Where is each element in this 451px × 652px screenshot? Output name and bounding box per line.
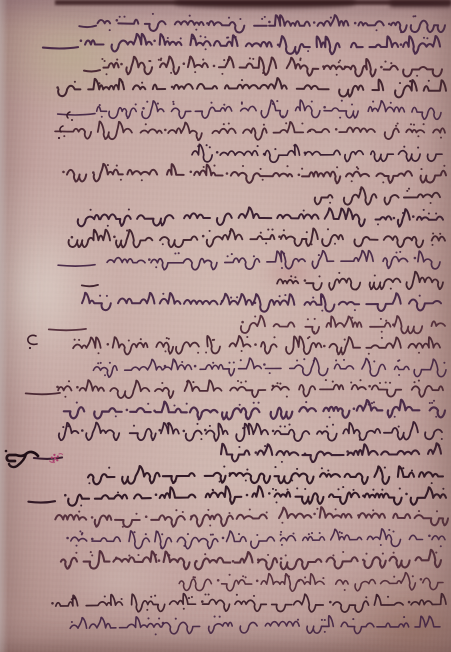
diacritic-dot	[192, 38, 194, 40]
diacritic-dot	[312, 297, 314, 299]
diacritic-dot	[104, 60, 106, 62]
diacritic-dot	[286, 488, 288, 490]
diacritic-dot	[192, 381, 194, 383]
diacritic-dot	[226, 172, 229, 175]
diacritic-dot	[374, 274, 376, 276]
diacritic-dot	[359, 439, 361, 441]
diacritic-dot	[353, 407, 356, 410]
diacritic-dot	[423, 37, 425, 39]
diacritic-dot	[388, 23, 391, 26]
diacritic-dot	[199, 418, 201, 420]
diacritic-dot	[209, 146, 211, 148]
diacritic-dot	[228, 59, 230, 61]
diacritic-dot	[116, 19, 119, 22]
diacritic-dot	[91, 538, 94, 541]
diacritic-dot	[381, 331, 383, 333]
diacritic-dot	[223, 466, 225, 468]
text-line-1	[79, 13, 445, 33]
diacritic-dot	[160, 58, 162, 60]
diacritic-dot	[398, 426, 400, 428]
diacritic-dot	[389, 382, 391, 384]
diacritic-dot	[395, 125, 397, 127]
diacritic-dot	[296, 468, 298, 470]
diacritic-dot	[167, 423, 169, 425]
diacritic-dot	[221, 300, 224, 303]
text-line-2	[43, 34, 440, 54]
handwriting-stroke	[58, 100, 441, 119]
diacritic-dot	[352, 618, 354, 620]
diacritic-dot	[213, 165, 215, 167]
diacritic-dot	[379, 382, 381, 384]
diacritic-dot	[71, 621, 73, 623]
handwriting-stroke	[93, 358, 446, 377]
diacritic-dot	[352, 489, 354, 491]
diacritic-dot	[309, 129, 312, 132]
diacritic-dot	[116, 165, 118, 167]
diacritic-dot	[239, 18, 241, 20]
diacritic-dot	[339, 117, 341, 119]
diacritic-dot	[252, 58, 254, 60]
diacritic-dot	[313, 513, 316, 516]
diacritic-dot	[204, 553, 206, 555]
diacritic-dot	[406, 190, 408, 192]
diacritic-dot	[229, 574, 231, 576]
diacritic-dot	[342, 486, 344, 488]
diacritic-dot	[423, 123, 425, 125]
diacritic-dot	[195, 29, 197, 31]
diacritic-dot	[79, 530, 81, 532]
diacritic-dot	[140, 338, 142, 340]
handwriting-stroke	[179, 573, 443, 592]
manuscript-photo	[0, 0, 451, 652]
diacritic-dot	[68, 565, 70, 567]
diacritic-dot	[388, 529, 390, 531]
diacritic-dot	[108, 467, 110, 469]
margin-letter-mark	[28, 335, 37, 349]
diacritic-dot	[327, 228, 329, 230]
text-line-23	[28, 486, 446, 506]
diacritic-dot	[75, 552, 77, 554]
diacritic-dot	[321, 310, 323, 312]
diacritic-dot	[380, 66, 383, 69]
diacritic-dot	[161, 533, 163, 535]
diacritic-dot	[311, 243, 313, 245]
diacritic-dot	[231, 253, 233, 255]
diacritic-dot	[214, 616, 216, 618]
diacritic-dot	[385, 381, 387, 383]
diacritic-dot	[107, 343, 110, 346]
diacritic-dot	[412, 15, 414, 17]
diacritic-dot	[419, 295, 421, 297]
diacritic-dot	[279, 16, 281, 18]
diacritic-dot	[344, 589, 346, 591]
text-line-18	[26, 379, 443, 398]
diacritic-dot	[73, 597, 75, 599]
diacritic-dot	[223, 123, 225, 125]
diacritic-dot	[99, 295, 101, 297]
diacritic-dot	[148, 258, 151, 261]
diacritic-dot	[162, 293, 164, 295]
diacritic-dot	[387, 596, 389, 598]
handwriting-stroke	[78, 207, 443, 226]
diacritic-dot	[141, 179, 143, 181]
diacritic-dot	[304, 453, 307, 456]
diacritic-dot	[263, 124, 265, 126]
diacritic-dot	[175, 509, 177, 511]
diacritic-dot	[298, 174, 301, 177]
diacritic-dot	[183, 608, 185, 610]
diacritic-dot	[307, 50, 309, 52]
diacritic-dot	[368, 404, 370, 406]
diacritic-dot	[246, 336, 248, 338]
diacritic-dot	[158, 617, 160, 619]
diacritic-dot	[304, 279, 307, 282]
diacritic-dot	[188, 59, 190, 61]
diacritic-dot	[98, 352, 100, 354]
diacritic-dot	[162, 622, 165, 625]
diacritic-dot	[368, 385, 371, 388]
diacritic-dot	[209, 230, 211, 232]
diacritic-dot	[56, 86, 59, 89]
diacritic-dot	[158, 59, 160, 61]
diacritic-dot	[92, 171, 95, 174]
diacritic-dot	[242, 165, 244, 167]
diacritic-dot	[276, 382, 278, 384]
diacritic-dot	[280, 557, 283, 560]
diacritic-dot	[332, 381, 334, 383]
diacritic-dot	[109, 29, 111, 31]
diacritic-dot	[291, 480, 293, 482]
diacritic-dot	[279, 425, 281, 427]
diacritic-dot	[372, 489, 374, 491]
diacritic-dot	[305, 401, 307, 403]
diacritic-dot	[346, 450, 349, 453]
diacritic-dot	[443, 362, 445, 364]
diacritic-dot	[285, 122, 287, 124]
diacritic-dot	[280, 38, 282, 40]
diacritic-dot	[429, 402, 431, 404]
diacritic-dot	[246, 469, 248, 471]
diacritic-dot	[210, 102, 212, 104]
diacritic-dot	[280, 534, 282, 536]
diacritic-dot	[78, 511, 80, 513]
diacritic-dot	[201, 600, 204, 603]
diacritic-dot	[440, 545, 442, 547]
diacritic-dot	[400, 31, 402, 33]
diacritic-dot	[256, 295, 258, 297]
diacritic-dot	[390, 62, 392, 64]
handwriting-stroke	[315, 187, 440, 205]
text-line-28	[51, 593, 446, 612]
diacritic-dot	[107, 225, 109, 227]
diacritic-dot	[155, 266, 157, 268]
diacritic-dot	[281, 522, 283, 524]
diacritic-dot	[164, 129, 167, 132]
diacritic-dot	[212, 362, 214, 364]
diacritic-dot	[180, 37, 182, 39]
diacritic-dot	[428, 212, 430, 214]
diacritic-dot	[104, 595, 106, 597]
diacritic-dot	[241, 321, 244, 324]
diacritic-dot	[253, 255, 255, 257]
diacritic-dot	[443, 165, 445, 167]
diacritic-dot	[399, 82, 401, 84]
diacritic-dot	[418, 352, 420, 354]
diacritic-dot	[335, 359, 337, 361]
diacritic-dot	[303, 358, 305, 360]
diacritic-dot	[279, 295, 281, 297]
diacritic-dot	[168, 338, 170, 340]
diacritic-dot	[256, 534, 258, 536]
diacritic-dot	[206, 22, 209, 25]
text-line-16	[73, 336, 440, 355]
diacritic-dot	[263, 363, 266, 366]
diacritic-dot	[135, 103, 137, 105]
diacritic-dot	[373, 401, 375, 403]
diacritic-dot	[286, 396, 288, 398]
diacritic-dot	[126, 409, 129, 412]
diacritic-dot	[412, 215, 415, 218]
diacritic-dot	[397, 122, 399, 124]
diacritic-dot	[257, 145, 259, 147]
diacritic-dot	[145, 123, 147, 125]
diacritic-dot	[254, 343, 257, 346]
diacritic-dot	[91, 554, 93, 556]
text-line-26	[61, 550, 441, 570]
diacritic-dot	[126, 230, 128, 232]
diacritic-dot	[222, 537, 225, 540]
diacritic-dot	[242, 575, 244, 577]
diacritic-dot	[64, 396, 66, 398]
diacritic-dot	[341, 100, 343, 102]
diacritic-dot	[266, 445, 268, 447]
diacritic-dot	[335, 508, 337, 510]
diacritic-dot	[381, 489, 383, 491]
diacritic-dot	[319, 532, 321, 534]
diacritic-dot	[435, 212, 437, 214]
diacritic-dot	[432, 232, 434, 234]
diacritic-dot	[133, 531, 135, 533]
diacritic-dot	[116, 439, 118, 441]
diacritic-dot	[282, 115, 284, 117]
diacritic-dot	[377, 223, 379, 225]
diacritic-dot	[428, 80, 430, 82]
diacritic-dot	[62, 171, 65, 174]
diacritic-dot	[80, 505, 82, 507]
diacritic-dot	[283, 252, 285, 254]
diacritic-dot	[237, 380, 239, 382]
diacritic-dot	[228, 122, 230, 124]
diacritic-dot	[245, 480, 247, 482]
diacritic-dot	[216, 151, 219, 154]
diacritic-dot	[431, 482, 433, 484]
diacritic-dot	[341, 532, 343, 534]
diacritic-dot	[376, 595, 378, 597]
diacritic-dot	[196, 423, 198, 425]
diacritic-dot	[284, 575, 286, 577]
diacritic-dot	[212, 489, 214, 491]
diacritic-dot	[178, 252, 180, 254]
diacritic-dot	[326, 38, 328, 40]
diacritic-dot	[301, 122, 303, 124]
diacritic-dot	[101, 116, 103, 118]
handwriting-stroke	[58, 78, 446, 97]
diacritic-dot	[238, 533, 240, 535]
diacritic-dot	[435, 552, 437, 554]
diacritic-dot	[278, 235, 281, 238]
diacritic-dot	[183, 62, 186, 65]
diacritic-dot	[417, 147, 419, 149]
diacritic-dot	[256, 580, 259, 583]
diacritic-dot	[376, 29, 378, 31]
diacritic-dot	[356, 166, 358, 168]
diacritic-dot	[286, 165, 288, 167]
diacritic-dot	[393, 552, 395, 554]
diacritic-dot	[182, 511, 184, 513]
diacritic-dot	[202, 59, 204, 61]
diacritic-dot	[90, 209, 92, 211]
handwriting-stroke	[58, 251, 440, 270]
diacritic-dot	[430, 202, 432, 204]
diacritic-dot	[246, 494, 249, 497]
diacritic-dot	[157, 103, 159, 105]
diacritic-dot	[128, 339, 130, 341]
text-line-21	[34, 443, 441, 463]
diacritic-dot	[360, 245, 362, 247]
diacritic-dot	[146, 101, 148, 103]
diacritic-dot	[335, 128, 338, 131]
diacritic-dot	[297, 619, 299, 621]
diacritic-dot	[394, 416, 396, 418]
diacritic-dot	[277, 44, 280, 47]
diacritic-dot	[395, 251, 397, 253]
diacritic-dot	[174, 252, 176, 254]
diacritic-dot	[99, 551, 101, 553]
diacritic-dot	[91, 516, 94, 519]
diacritic-dot	[439, 233, 441, 235]
handwriting-stroke	[68, 228, 445, 247]
diacritic-dot	[258, 60, 260, 62]
diacritic-dot	[155, 633, 157, 635]
diacritic-dot	[162, 36, 164, 38]
diacritic-dot	[323, 345, 326, 348]
diacritic-dot	[390, 102, 392, 104]
diacritic-dot	[408, 601, 411, 604]
diacritic-dot	[308, 336, 310, 338]
diacritic-dot	[441, 438, 443, 440]
diacritic-dot	[329, 416, 331, 418]
diacritic-dot	[368, 361, 370, 363]
handwriting-stroke	[71, 529, 445, 549]
diacritic-dot	[403, 146, 405, 148]
diacritic-dot	[197, 145, 199, 147]
diacritic-dot	[229, 472, 232, 475]
diacritic-dot	[351, 103, 353, 105]
diacritic-dot	[433, 400, 435, 402]
diacritic-dot	[162, 243, 164, 245]
diacritic-dot	[99, 104, 101, 106]
diacritic-dot	[81, 533, 83, 535]
diacritic-dot	[329, 202, 331, 204]
diacritic-dot	[74, 339, 76, 341]
text-line-20	[59, 422, 443, 441]
diacritic-dot	[307, 318, 309, 320]
diacritic-dot	[123, 16, 125, 18]
diacritic-dot	[437, 444, 439, 446]
diacritic-dot	[181, 361, 183, 363]
diacritic-dot	[115, 415, 117, 417]
diacritic-dot	[226, 37, 228, 39]
diacritic-dot	[230, 297, 232, 299]
diacritic-dot	[350, 381, 352, 383]
diacritic-dot	[324, 619, 326, 621]
diacritic-dot	[332, 424, 334, 426]
diacritic-dot	[68, 380, 70, 382]
diacritic-dot	[267, 229, 269, 231]
text-line-3	[84, 57, 442, 77]
diacritic-dot	[279, 383, 281, 385]
diacritic-dot	[272, 103, 274, 105]
diacritic-dot	[120, 179, 122, 181]
diacritic-dot	[283, 229, 285, 231]
diacritic-dot	[172, 101, 174, 103]
diacritic-dot	[274, 466, 276, 468]
diacritic-dot	[304, 152, 307, 155]
diacritic-dot	[155, 554, 157, 556]
diacritic-dot	[189, 15, 191, 17]
text-line-15	[49, 315, 445, 333]
handwriting-stroke	[55, 507, 448, 527]
diacritic-dot	[245, 380, 247, 382]
diacritic-dot	[264, 16, 266, 18]
diacritic-dot	[221, 73, 223, 75]
diacritic-dot	[373, 360, 375, 362]
diacritic-dot	[380, 544, 382, 546]
diacritic-dot	[408, 188, 410, 190]
diacritic-dot	[392, 323, 395, 326]
diacritic-dot	[190, 515, 193, 518]
text-line-12	[58, 251, 440, 270]
diacritic-dot	[413, 381, 415, 383]
diacritic-dot	[145, 533, 147, 535]
diacritic-dot	[329, 601, 332, 604]
diacritic-dot	[71, 236, 74, 239]
diacritic-dot	[274, 148, 276, 150]
diacritic-dot	[392, 530, 394, 532]
diacritic-dot	[236, 594, 238, 596]
text-line-5	[58, 100, 441, 120]
diacritic-dot	[246, 553, 248, 555]
diacritic-dot	[426, 37, 428, 39]
diacritic-dot	[175, 618, 177, 620]
diacritic-dot	[398, 374, 400, 376]
diacritic-dot	[359, 379, 361, 381]
diacritic-dot	[195, 560, 198, 563]
diacritic-dot	[288, 424, 290, 426]
diacritic-dot	[344, 66, 347, 69]
diacritic-dot	[116, 59, 118, 61]
diacritic-dot	[183, 545, 185, 547]
diacritic-dot	[365, 553, 367, 555]
diacritic-dot	[240, 359, 242, 361]
diacritic-dot	[236, 296, 238, 298]
diacritic-dot	[384, 61, 386, 63]
diacritic-dot	[88, 482, 90, 484]
diacritic-dot	[325, 379, 327, 381]
diacritic-dot	[165, 350, 167, 352]
diacritic-dot	[190, 171, 193, 174]
diacritic-dot	[265, 242, 267, 244]
